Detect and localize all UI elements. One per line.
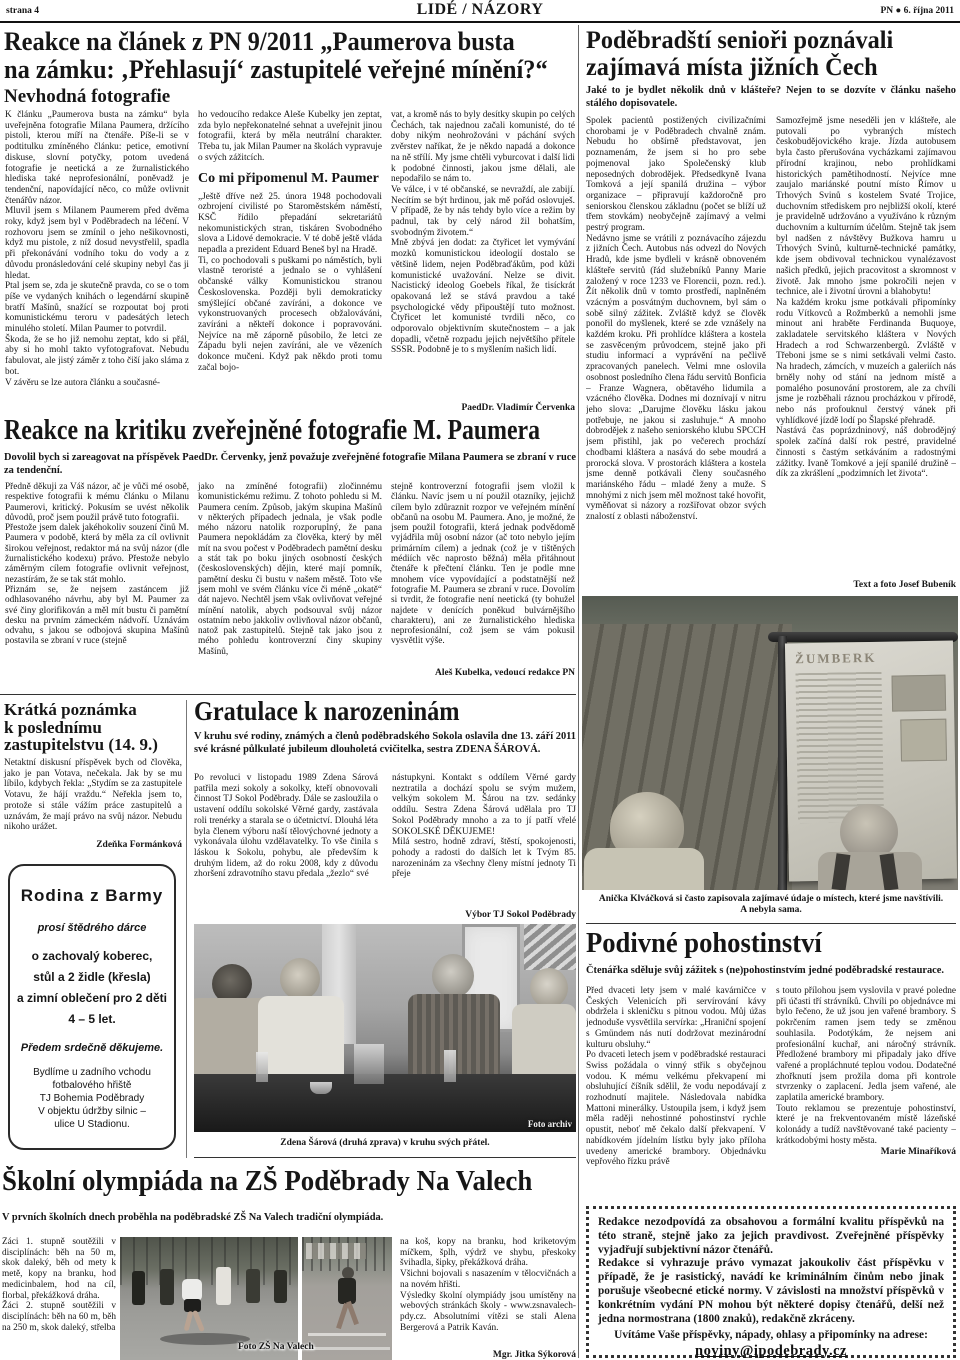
section-title: LIDÉ / NÁZORY bbox=[0, 1, 960, 19]
article-busta-col2-text: ho vedoucího redakce Aleše Kubelky jen z… bbox=[198, 110, 382, 164]
photo-main-kid-leg bbox=[192, 1310, 205, 1332]
ad-items: o zachovalý koberec, stůl a 2 židle (kře… bbox=[10, 946, 174, 1030]
photo-kid-silhouette bbox=[216, 1267, 231, 1305]
notice-paragraph2: Redakce si vyhrazuje právo vymazat jakou… bbox=[598, 1257, 944, 1326]
photo-table-shape bbox=[194, 1074, 576, 1132]
article-pohostinstvi-perex: Čtenářka sděluje svůj zážitek s (ne)poho… bbox=[586, 965, 956, 978]
photo-fence-shape bbox=[120, 1237, 298, 1285]
photo-lane-line bbox=[304, 1347, 390, 1350]
article-olympiada-col2: na koš, kopy na branku, hod kriketovým m… bbox=[400, 1237, 576, 1360]
ad-address: Bydlíme u zadního vchodu fotbalového hři… bbox=[10, 1066, 174, 1131]
photo-person2-body bbox=[258, 996, 344, 1078]
notice-invite: Uvítáme Vaše příspěvky, nápady, ohlasy a… bbox=[598, 1329, 944, 1341]
note-zastupitelstvo-body: Netaktní diskusní příspěvek bych od člov… bbox=[4, 758, 182, 833]
article-kritika-col3: stejně kontroverzní fotografii jsem vlož… bbox=[391, 482, 575, 678]
photo-cup-shape bbox=[310, 1082, 332, 1094]
photo-panel-title: ŽUMBERK bbox=[795, 649, 945, 668]
article-busta-col2: ho vedoucího redakce Aleše Kubelky jen z… bbox=[198, 110, 382, 413]
article-pohostinstvi-col1: Před dvaceti lety jsem v malé kavárničce… bbox=[586, 986, 766, 1198]
article-seniori-headline: Poděbradští senioři poznávali zajímavá m… bbox=[586, 28, 893, 81]
photo-lamp-shape bbox=[524, 924, 576, 970]
article-seniori-headline-line1: Poděbradští senioři poznávali bbox=[586, 28, 893, 55]
photo-crowd-shape bbox=[306, 1243, 366, 1259]
photo-caption-sarova: Zdena Šárová (druhá zprava) v kruhu svýc… bbox=[194, 1138, 576, 1149]
column-divider-left bbox=[186, 700, 187, 1158]
photo-lane-line bbox=[308, 1333, 386, 1336]
article-seniori-byline: Text a foto Josef Bubeník bbox=[586, 580, 956, 590]
article-kritika-signature: Aleš Kubelka, vedoucí redakce PN bbox=[430, 668, 575, 678]
article-busta-crosshead: Co mi připomenul M. Paumer bbox=[198, 171, 382, 187]
article-gratulace-perex: V kruhu své rodiny, známých a členů podě… bbox=[194, 731, 576, 756]
editorial-notice-box: Redakce nezodpovídá za obsahovou a formá… bbox=[586, 1206, 956, 1358]
article-gratulace-columns: Po revoluci v listopadu 1989 Zdena Šárov… bbox=[194, 773, 576, 920]
photo-glass-shape bbox=[354, 1044, 384, 1084]
article-gratulace-signature: Výbor TJ Sokol Poděbrady bbox=[460, 910, 576, 920]
article-gratulace-col2-text: nástupkyni. Kontakt s oddílem Věrné gard… bbox=[392, 773, 576, 880]
article-busta-col2-text2: „Ještě dříve než 25. února 1948 pochodov… bbox=[198, 192, 382, 374]
section-rule bbox=[0, 694, 576, 695]
article-pohostinstvi-columns: Před dvaceti lety jsem v malé kavárničce… bbox=[586, 986, 956, 1198]
photo-caption-klvackova: Anička Klváčková si často zapisovala zaj… bbox=[586, 894, 956, 916]
photo-person4-head bbox=[530, 968, 568, 1008]
article-olympiada-perex: V prvních školních dnech proběhla na pod… bbox=[2, 1212, 567, 1225]
photo-kid-silhouette bbox=[246, 1269, 260, 1303]
issue-date-label: PN ● 6. října 2011 bbox=[880, 6, 954, 16]
article-seniori-headline-line2: zajímavá místa jižních Čech bbox=[586, 55, 893, 82]
section-rule bbox=[586, 923, 956, 924]
article-kritika-col3-text: stejně kontroverzní fotografii jsem vlož… bbox=[391, 482, 575, 647]
photo-runner-body bbox=[338, 1278, 356, 1304]
article-olympiada-signature: Mgr. Jitka Sýkorová bbox=[488, 1350, 576, 1360]
article-busta-kicker: Nevhodná fotografie bbox=[4, 86, 170, 108]
photo-runner-leg bbox=[346, 1301, 359, 1325]
article-busta-col3-text: vat, a kromě nás to byly desítky skupin … bbox=[391, 110, 575, 356]
photo-main-kid-shorts bbox=[184, 1299, 201, 1312]
article-pohostinstvi-heading: Podivné pohostinství bbox=[586, 929, 822, 959]
article-olympiada-col1: Žáci 1. stupně soutěžili v disciplínách:… bbox=[2, 1237, 116, 1360]
notice-paragraph1: Redakce nezodpovídá za obsahovou a formá… bbox=[598, 1216, 944, 1257]
article-gratulace-col2: nástupkyni. Kontakt s oddílem Věrné gard… bbox=[392, 773, 576, 920]
photo-panel-text-shape bbox=[795, 672, 884, 823]
photo-person2-head bbox=[280, 958, 320, 1000]
photo-visitor1-body bbox=[584, 848, 704, 890]
note-zastupitelstvo-heading: Krátká poznámka k poslednímu zastupitels… bbox=[4, 701, 182, 754]
ad-plea: prosí štědrého dárce bbox=[10, 922, 174, 934]
article-seniori-perex: Jaké to je bydlet několik dnů v klášteře… bbox=[586, 85, 956, 110]
photo-panel-image-shape bbox=[900, 719, 947, 762]
classified-ad-barma: Rodina z Barmy prosí štědrého dárce o za… bbox=[8, 864, 176, 1150]
masthead-rule bbox=[0, 21, 960, 23]
ad-title: Rodina z Barmy bbox=[10, 886, 174, 906]
article-busta-signature: PaedDr. Vladimír Červenka bbox=[456, 403, 575, 413]
article-kritika-col2: jako na zmíněné fotografii) zločinnému k… bbox=[198, 482, 382, 678]
article-seniori-col2: Samozřejmě jsme neseděli jen v klášteře,… bbox=[776, 116, 956, 578]
photo-shadow-shape bbox=[160, 1333, 250, 1345]
article-kritika-headline: Reakce na kritiku zveřejněné fotografie … bbox=[4, 416, 540, 446]
article-pohostinstvi-col2: s touto přílohou jsem vyslovila v pravé … bbox=[776, 986, 956, 1198]
photo-kid-silhouette bbox=[132, 1271, 145, 1305]
article-seniori-columns: Spolek pacientů postižených civilizačním… bbox=[586, 116, 956, 578]
article-busta-columns: K článku „Paumerova busta na zámku“ byla… bbox=[5, 110, 576, 413]
article-busta-headline-line2: na zámku: ‚Přehlasují‘ zastupitelé veřej… bbox=[4, 56, 548, 84]
photo-glass-shape bbox=[256, 1052, 268, 1082]
photo-panel-image-shape bbox=[892, 675, 947, 712]
photo-kid-silhouette bbox=[160, 1269, 174, 1305]
ad-thanks: Předem srdečně děkujeme. bbox=[10, 1042, 174, 1054]
note-zastupitelstvo-signature: Zdeňka Formánková bbox=[4, 840, 182, 850]
article-busta-col3: vat, a kromě nás to byly desítky skupin … bbox=[391, 110, 575, 413]
article-pohostinstvi-signature: Marie Minaříková bbox=[776, 1147, 956, 1157]
article-busta-headline: Reakce na článek z PN 9/2011 „Paumerova … bbox=[4, 28, 548, 83]
article-olympiada-heading: Školní olympiáda na ZŠ Poděbrady Na Vale… bbox=[2, 1167, 532, 1197]
article-pohostinstvi-col2-text: s touto přílohou jsem vyslovila v pravé … bbox=[776, 986, 956, 1147]
article-kritika-columns: Předně děkuji za Váš názor, ač je vůči m… bbox=[5, 482, 576, 678]
article-gratulace-col1: Po revoluci v listopadu 1989 Zdena Šárov… bbox=[194, 773, 378, 920]
article-kritika-perex: Dovolil bych si zareagovat na příspěvek … bbox=[4, 452, 576, 477]
photo-zumberk-panel: ŽUMBERK bbox=[582, 596, 958, 890]
photo-credit-zs: Foto ZŠ Na Valech bbox=[238, 1342, 314, 1352]
photo-main-kid-shirt bbox=[182, 1279, 202, 1301]
article-olympiada-col2-text: na koš, kopy na branku, hod kriketovým m… bbox=[400, 1237, 576, 1333]
photo-zdena-sarova: Foto archiv bbox=[194, 924, 576, 1132]
photo-person4-body bbox=[512, 1004, 576, 1080]
photo-running-girl bbox=[302, 1237, 392, 1360]
article-busta-col1: K článku „Paumerova busta na zámku“ byla… bbox=[5, 110, 189, 413]
editorial-email-link[interactable]: noviny@ipodebrady.cz bbox=[598, 1343, 944, 1360]
photo-glass-shape bbox=[444, 1050, 456, 1082]
article-gratulace-heading: Gratulace k narozeninám bbox=[194, 697, 459, 726]
column-divider-main bbox=[578, 25, 579, 1358]
photo-credit-archiv: Foto archiv bbox=[528, 1119, 572, 1129]
article-seniori-col1: Spolek pacientů postižených civilizačním… bbox=[586, 116, 766, 578]
newspaper-page: strana 4 LIDÉ / NÁZORY PN ● 6. října 201… bbox=[0, 0, 960, 1360]
article-busta-headline-line1: Reakce na článek z PN 9/2011 „Paumerova … bbox=[4, 28, 548, 56]
article-kritika-col1: Předně děkuji za Váš názor, ač je vůči m… bbox=[5, 482, 189, 678]
section-rule bbox=[194, 1157, 576, 1158]
photo-person3-head bbox=[432, 954, 474, 998]
photo-kid-silhouette bbox=[274, 1270, 287, 1303]
